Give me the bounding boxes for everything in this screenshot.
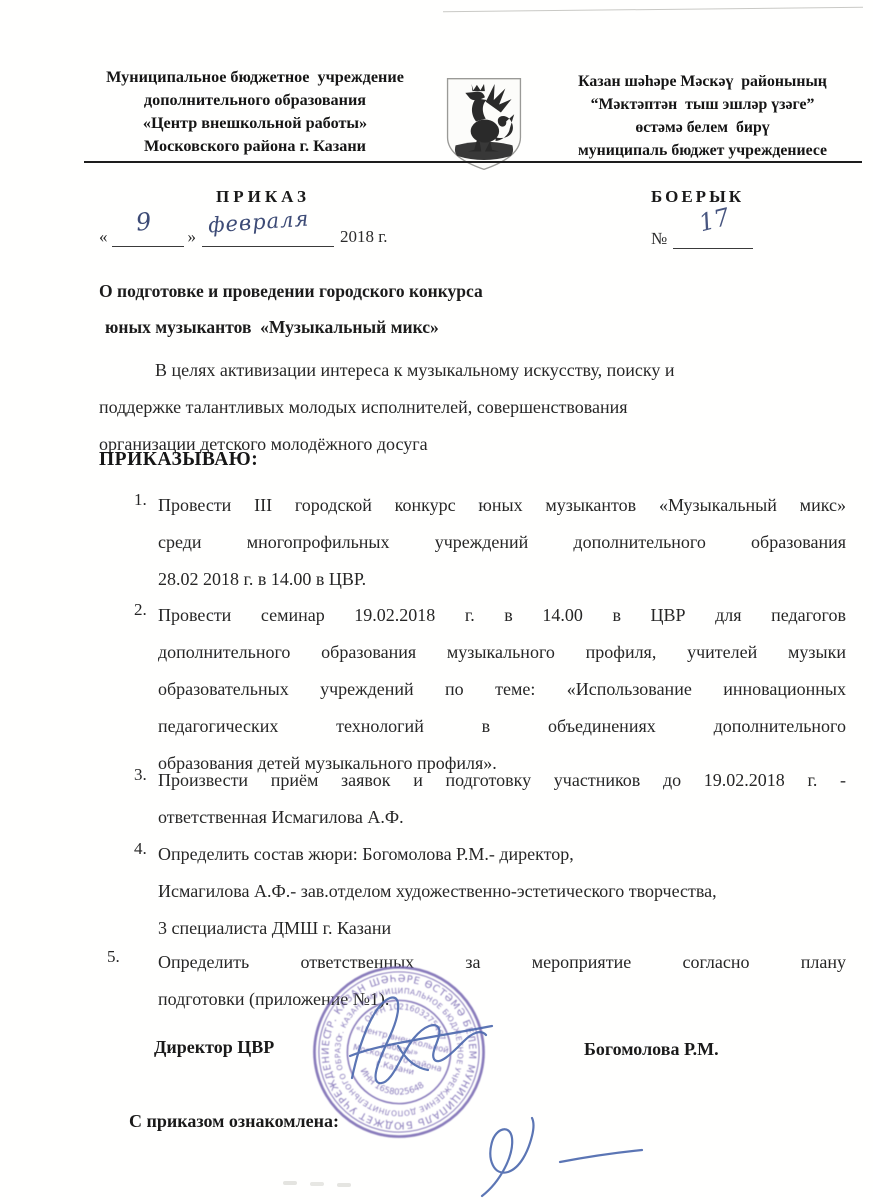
signature-director [350,997,492,1083]
signature-acknowledgement [482,1118,642,1196]
scanned-order-document: Муниципальное бюджетное учреждение допол… [0,0,873,1200]
signatures-layer [0,0,873,1200]
